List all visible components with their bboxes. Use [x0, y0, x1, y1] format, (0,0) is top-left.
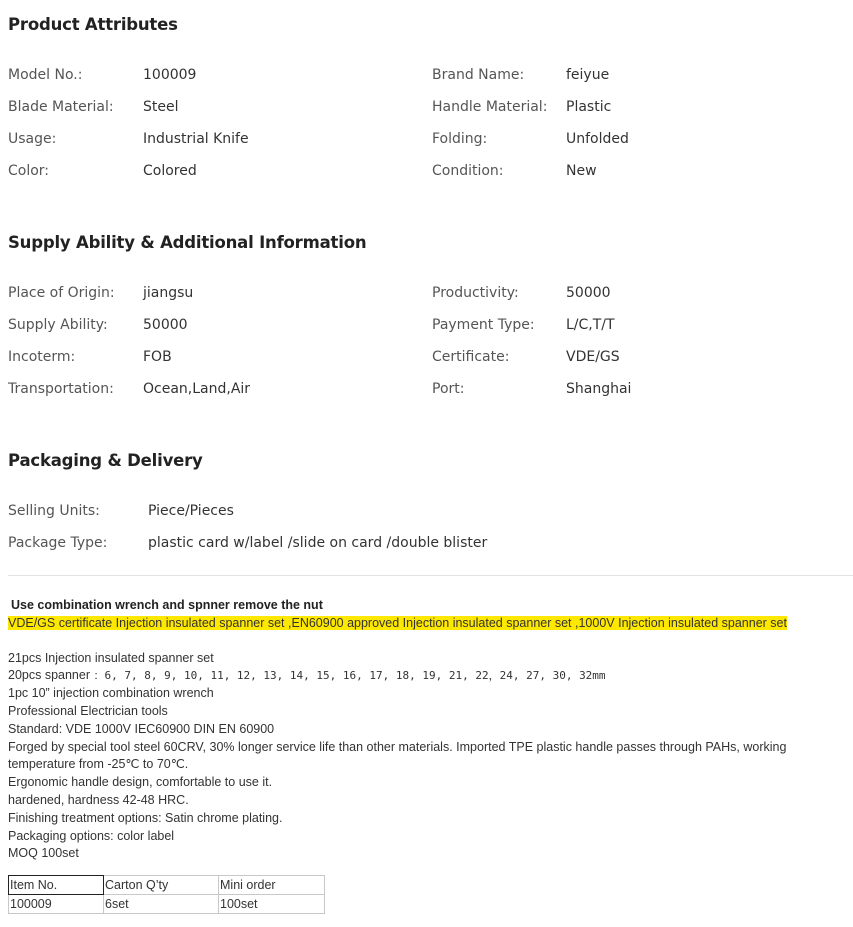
- section-title-packaging-delivery: Packaging & Delivery: [8, 451, 203, 470]
- attr-label: Supply Ability:: [8, 317, 108, 333]
- section-title-product-attributes: Product Attributes: [8, 15, 178, 34]
- description-line: Ergonomic handle design, comfortable to …: [8, 774, 848, 792]
- description-line: Finishing treatment options: Satin chrom…: [8, 810, 848, 828]
- attr-label: Selling Units:: [8, 503, 100, 519]
- table-header-cell: Carton Q’ty: [104, 876, 219, 895]
- attr-value: VDE/GS: [566, 349, 620, 365]
- attr-value: Ocean,Land,Air: [143, 381, 250, 397]
- attr-value: New: [566, 163, 597, 179]
- attr-label: Brand Name:: [432, 67, 524, 83]
- attr-value: Shanghai: [566, 381, 631, 397]
- table-cell: 100009: [9, 895, 104, 914]
- table-header-cell: Item No.: [9, 876, 104, 895]
- section-divider: [8, 575, 853, 576]
- product-description: Use combination wrench and spnner remove…: [8, 597, 848, 863]
- spanner-prefix: 20pcs spanner: [8, 668, 93, 682]
- attr-label: Port:: [432, 381, 464, 397]
- spec-table: Item No. Carton Q’ty Mini order 100009 6…: [8, 875, 325, 914]
- attr-value: Plastic: [566, 99, 611, 115]
- spanner-sizes: ：6, 7, 8, 9, 10, 11, 12, 13, 14, 15, 16,…: [93, 669, 605, 682]
- attr-value: FOB: [143, 349, 172, 365]
- table-cell: 100set: [219, 895, 325, 914]
- attr-value: 50000: [143, 317, 188, 333]
- attr-value: jiangsu: [143, 285, 193, 301]
- description-line-spanner-sizes: 20pcs spanner ：6, 7, 8, 9, 10, 11, 12, 1…: [8, 667, 848, 685]
- description-line: hardened, hardness 42-48 HRC.: [8, 792, 848, 810]
- attr-label: Blade Material:: [8, 99, 114, 115]
- attr-label: Package Type:: [8, 535, 107, 551]
- attr-label: Condition:: [432, 163, 504, 179]
- attr-label: Certificate:: [432, 349, 509, 365]
- description-headline: Use combination wrench and spnner remove…: [8, 597, 848, 615]
- description-line: Professional Electrician tools: [8, 703, 848, 721]
- attr-value: Colored: [143, 163, 197, 179]
- description-line: Standard: VDE 1000V IEC60900 DIN EN 6090…: [8, 721, 848, 739]
- attr-value: Industrial Knife: [143, 131, 249, 147]
- description-line: 21pcs Injection insulated spanner set: [8, 650, 848, 668]
- attr-label: Color:: [8, 163, 49, 179]
- attr-label: Place of Origin:: [8, 285, 115, 301]
- attr-value: Piece/Pieces: [148, 503, 234, 519]
- attr-value: feiyue: [566, 67, 609, 83]
- attr-label: Model No.:: [8, 67, 82, 83]
- description-line: Packaging options: color label: [8, 828, 848, 846]
- table-cell: 6set: [104, 895, 219, 914]
- attr-value: Steel: [143, 99, 179, 115]
- attr-value: plastic card w/label /slide on card /dou…: [148, 535, 487, 551]
- table-header-cell: Mini order: [219, 876, 325, 895]
- attr-label: Payment Type:: [432, 317, 535, 333]
- description-highlight: VDE/GS certificate Injection insulated s…: [8, 615, 848, 633]
- table-header-row: Item No. Carton Q’ty Mini order: [9, 876, 325, 895]
- attr-label: Productivity:: [432, 285, 519, 301]
- description-line: Forged by special tool steel 60CRV, 30% …: [8, 739, 848, 775]
- attr-label: Incoterm:: [8, 349, 75, 365]
- attr-value: Unfolded: [566, 131, 629, 147]
- attr-label: Usage:: [8, 131, 56, 147]
- blank-line: [8, 633, 848, 650]
- description-line: 1pc 10” injection combination wrench: [8, 685, 848, 703]
- attr-label: Folding:: [432, 131, 487, 147]
- attr-label: Transportation:: [8, 381, 114, 397]
- attr-value: 50000: [566, 285, 611, 301]
- attr-value: L/C,T/T: [566, 317, 615, 333]
- section-title-supply-ability: Supply Ability & Additional Information: [8, 233, 366, 252]
- table-row: 100009 6set 100set: [9, 895, 325, 914]
- description-line: MOQ 100set: [8, 845, 848, 863]
- attr-value: 100009: [143, 67, 196, 83]
- attr-label: Handle Material:: [432, 99, 547, 115]
- highlighted-text: VDE/GS certificate Injection insulated s…: [8, 616, 787, 630]
